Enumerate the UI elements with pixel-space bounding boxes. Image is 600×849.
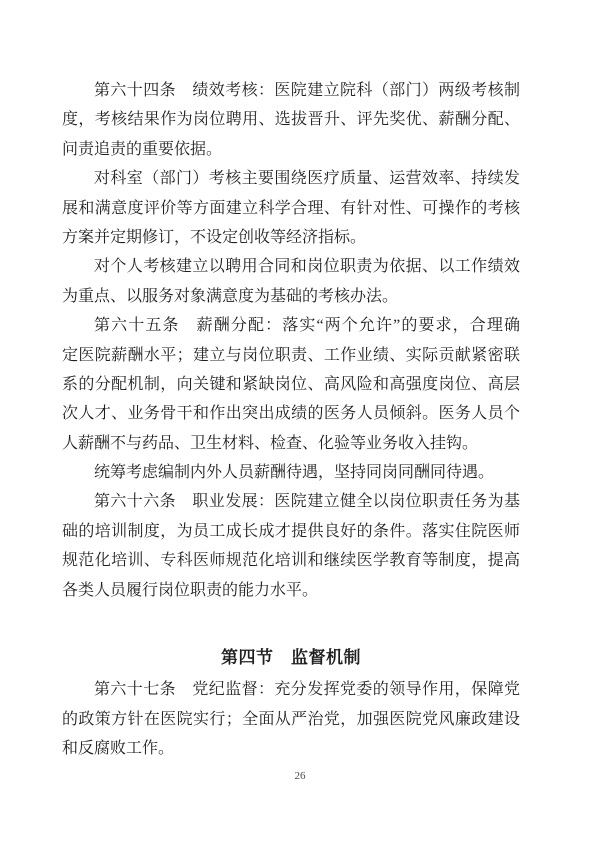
text-line: 对科室（部门）考核主要围绕医疗质量、运营效率、持续发 <box>62 164 520 193</box>
text-line: 的政策方针在医院实行；全面从严治党，加强医院党风廉政建设 <box>62 705 520 734</box>
text-line: 人薪酬不与药品、卫生材料、检查、化验等业务收入挂钩。 <box>62 429 520 458</box>
text-line: 问责追责的重要依据。 <box>62 135 520 164</box>
article-67-party-discipline-supervision: 第六十七条 党纪监督：充分发挥党委的领导作用，保障党的政策方针在医院实行；全面从… <box>62 675 520 763</box>
text-line: 第六十七条 党纪监督：充分发挥党委的领导作用，保障党 <box>62 675 520 704</box>
text-line: 础的培训制度，为员工成长成才提供良好的条件。落实住院医师 <box>62 517 520 546</box>
section-4-supervision-mechanism: 第四节 监督机制 <box>62 643 520 672</box>
text-line: 次人才、业务骨干和作出突出成绩的医务人员倾斜。医务人员个 <box>62 399 520 428</box>
text-line: 展和满意度评价等方面建立科学合理、有针对性、可操作的考核 <box>62 194 520 223</box>
text-line: 对个人考核建立以聘用合同和岗位职责为依据、以工作绩效 <box>62 252 520 281</box>
text-line: 系的分配机制，向关键和紧缺岗位、高风险和高强度岗位、高层 <box>62 370 520 399</box>
individual-assessment: 对个人考核建立以聘用合同和岗位职责为依据、以工作绩效为重点、以服务对象满意度为基… <box>62 252 520 311</box>
text-line: 第六十六条 职业发展：医院建立健全以岗位职责任务为基 <box>62 487 520 516</box>
text-line: 定医院薪酬水平；建立与岗位职责、工作业绩、实际贡献紧密联 <box>62 341 520 370</box>
text-line: 度，考核结果作为岗位聘用、选拔晋升、评先奖优、薪酬分配、 <box>62 105 520 134</box>
text-line: 为重点、以服务对象满意度为基础的考核办法。 <box>62 282 520 311</box>
article-66-career-development: 第六十六条 职业发展：医院建立健全以岗位职责任务为基础的培训制度，为员工成长成才… <box>62 487 520 605</box>
document-body: 第六十四条 绩效考核：医院建立院科（部门）两级考核制度，考核结果作为岗位聘用、选… <box>62 76 520 764</box>
text-line: 第六十四条 绩效考核：医院建立院科（部门）两级考核制 <box>62 76 520 105</box>
text-line: 方案并定期修订，不设定创收等经济指标。 <box>62 223 520 252</box>
equal-pay: 统筹考虑编制内外人员薪酬待遇，坚持同岗同酬同待遇。 <box>62 458 520 487</box>
text-line: 第六十五条 薪酬分配：落实“两个允许”的要求，合理确 <box>62 311 520 340</box>
article-65-salary-distribution: 第六十五条 薪酬分配：落实“两个允许”的要求，合理确定医院薪酬水平；建立与岗位职… <box>62 311 520 458</box>
article-64-performance-assessment: 第六十四条 绩效考核：医院建立院科（部门）两级考核制度，考核结果作为岗位聘用、选… <box>62 76 520 164</box>
text-line: 统筹考虑编制内外人员薪酬待遇，坚持同岗同酬同待遇。 <box>62 458 520 487</box>
text-line: 和反腐败工作。 <box>62 734 520 763</box>
page-number: 26 <box>0 770 600 782</box>
text-line: 规范化培训、专科医师规范化培训和继续医学教育等制度，提高 <box>62 546 520 575</box>
department-assessment: 对科室（部门）考核主要围绕医疗质量、运营效率、持续发展和满意度评价等方面建立科学… <box>62 164 520 252</box>
text-line: 各类人员履行岗位职责的能力水平。 <box>62 576 520 605</box>
document-page: 第六十四条 绩效考核：医院建立院科（部门）两级考核制度，考核结果作为岗位聘用、选… <box>0 0 600 849</box>
